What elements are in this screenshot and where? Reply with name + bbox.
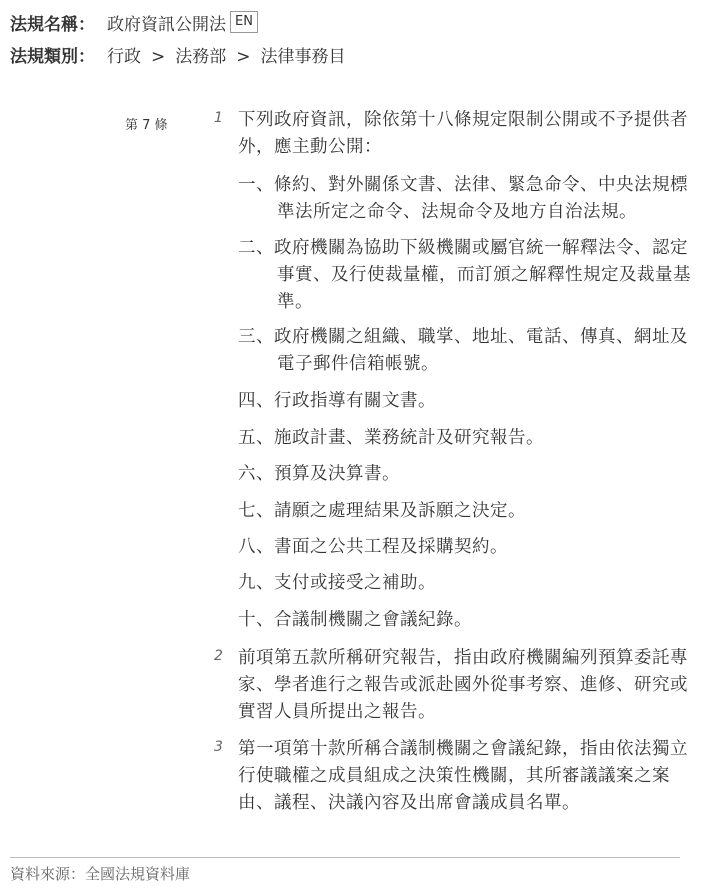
breadcrumb-item[interactable]: 法律事務目 (261, 47, 346, 67)
breadcrumb-separator: > (151, 47, 165, 67)
breadcrumb: 行政>法務部>法律事務目 (107, 42, 346, 67)
paragraph-text: 第一項第十款所稱合議制機關之會議紀錄，指由依法獨立行使職權之成員組成之決策性機關… (238, 736, 698, 817)
list-item: 二、政府機關為協助下級機關或屬官統一解釋法令、認定事實、及行使裁量權，而訂頒之解… (238, 235, 698, 316)
list-item: 六、預算及決算書。 (238, 461, 698, 488)
paragraph-number: 3 (214, 739, 223, 755)
english-version-link[interactable]: EN (230, 11, 258, 33)
law-name-row: 法規名稱： 政府資訊公開法 EN (10, 7, 258, 37)
source-note: 資料來源：全國法規資料庫 (10, 863, 190, 884)
list-item: 四、行政指導有關文書。 (238, 388, 698, 415)
footer-divider (10, 857, 680, 858)
law-name-label: 法規名稱： (10, 10, 95, 35)
list-item: 三、政府機關之組織、職掌、地址、電話、傳真、網址及電子郵件信箱帳號。 (238, 324, 698, 378)
list-item: 九、支付或接受之補助。 (238, 570, 698, 597)
paragraph-text: 下列政府資訊，除依第十八條規定限制公開或不予提供者外，應主動公開： (238, 107, 698, 161)
breadcrumb-item[interactable]: 法務部 (175, 47, 226, 67)
law-category-label: 法規類別： (10, 42, 95, 67)
paragraph-number: 1 (214, 110, 223, 126)
list-item: 八、書面之公共工程及採購契約。 (238, 534, 698, 561)
list-item: 十、合議制機關之會議紀錄。 (238, 607, 698, 634)
paragraph-number: 2 (214, 648, 223, 664)
list-item: 七、請願之處理結果及訴願之決定。 (238, 498, 698, 525)
list-item: 五、施政計畫、業務統計及研究報告。 (238, 425, 698, 452)
law-name-value: 政府資訊公開法 (107, 10, 226, 35)
breadcrumb-separator: > (236, 47, 250, 67)
breadcrumb-item[interactable]: 行政 (107, 47, 141, 67)
paragraph-text: 前項第五款所稱研究報告，指由政府機關編列預算委託專家、學者進行之報告或派赴國外從… (238, 645, 698, 726)
list-item: 一、條約、對外關係文書、法律、緊急命令、中央法規標準法所定之命令、法規命令及地方… (238, 172, 698, 226)
law-category-row: 法規類別： 行政>法務部>法律事務目 (10, 39, 346, 69)
article-number: 第 7 條 (125, 114, 168, 133)
